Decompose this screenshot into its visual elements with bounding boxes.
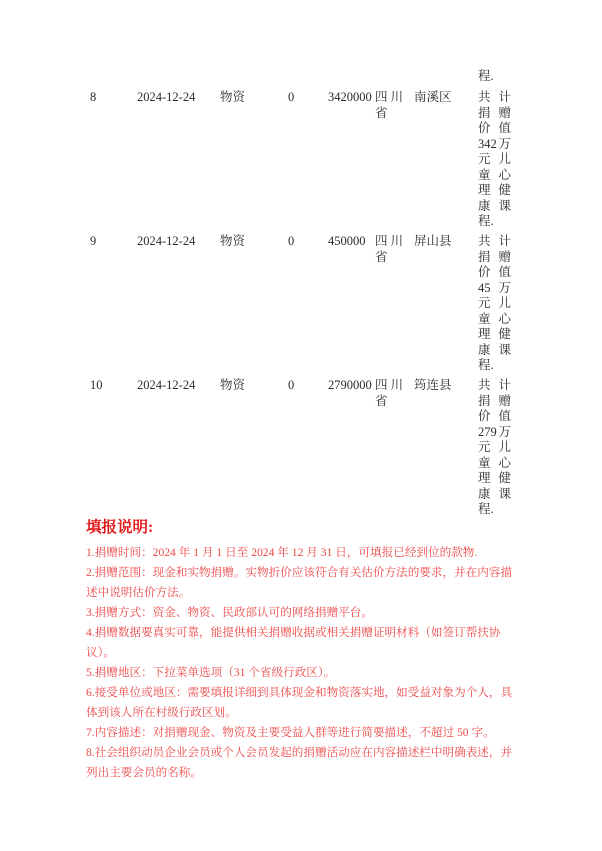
cell-province: 四川省: [375, 90, 403, 121]
cell-recipient-area: 南溪区: [414, 90, 470, 106]
note-item-3: 3.捐赠方式：资金、物资、民政部认可的网络捐赠平台。: [86, 603, 522, 623]
cell-donation-type: 物资: [220, 90, 266, 106]
cell-row-number: 9: [90, 234, 122, 250]
note-item-6: 6.接受单位或地区：需要填报详细到具体现金和物资落实地，如受益对象为个人，具体到…: [86, 683, 522, 723]
table-row: 10 2024-12-24 物资 0 2790000 四川省 筠连县 共计捐赠价…: [0, 378, 602, 522]
table-row: 8 2024-12-24 物资 0 3420000 四川省 南溪区 共计捐赠价值…: [0, 90, 602, 234]
cell-donation-date: 2024-12-24: [137, 378, 213, 394]
note-item-7: 7.内容描述：对捐赠现金、物资及主要受益人群等进行简要描述，不超过 50 字。: [86, 723, 522, 743]
cell-row-number: 10: [90, 378, 122, 394]
cell-goods-value: 3420000: [328, 90, 374, 106]
notes-section: 填报说明: 1.捐赠时间：2024 年 1 月 1 日至 2024 年 12 月…: [86, 517, 522, 783]
cell-row-number: 8: [90, 90, 122, 106]
cell-description: 共计捐赠价值45万元儿童心理健康课程.: [478, 234, 511, 374]
note-item-1: 1.捐赠时间：2024 年 1 月 1 日至 2024 年 12 月 31 日，…: [86, 543, 522, 563]
cell-province: 四川省: [375, 234, 403, 265]
cell-description: 共计捐赠价值342万元儿童心理健康课程.: [478, 90, 511, 230]
cell-donation-type: 物资: [220, 378, 266, 394]
note-item-4: 4.捐赠数据要真实可靠，能提供相关捐赠收据或相关捐赠证明材料（如签订帮扶协议）。: [86, 623, 522, 663]
cell-cash-amount: 0: [288, 90, 310, 106]
note-item-8: 8.社会组织动员企业会员或个人会员发起的捐赠活动应在内容描述栏中明确表述，并列出…: [86, 743, 522, 783]
cell-goods-value: 450000: [328, 234, 374, 250]
cell-donation-type: 物资: [220, 234, 266, 250]
note-item-2: 2.捐赠范围：现金和实物捐赠。实物折价应该符合有关估价方法的要求，并在内容描述中…: [86, 563, 522, 603]
cell-recipient-area: 筠连县: [414, 378, 470, 394]
cell-province: 四川省: [375, 378, 403, 409]
cell-recipient-area: 屏山县: [414, 234, 470, 250]
cell-description: 共计捐赠价值279万元儿童心理健康课程.: [478, 378, 511, 518]
note-item-5: 5.捐赠地区：下拉菜单选项（31 个省级行政区）。: [86, 663, 522, 683]
table-cell-description-overflow: 程.: [478, 69, 511, 85]
cell-goods-value: 2790000: [328, 378, 374, 394]
notes-title: 填报说明:: [86, 517, 522, 539]
cell-cash-amount: 0: [288, 234, 310, 250]
cell-cash-amount: 0: [288, 378, 310, 394]
document-page: 程. 8 2024-12-24 物资 0 3420000 四川省 南溪区 共计捐…: [0, 0, 602, 851]
cell-donation-date: 2024-12-24: [137, 234, 213, 250]
table-row: 9 2024-12-24 物资 0 450000 四川省 屏山县 共计捐赠价值4…: [0, 234, 602, 378]
cell-donation-date: 2024-12-24: [137, 90, 213, 106]
